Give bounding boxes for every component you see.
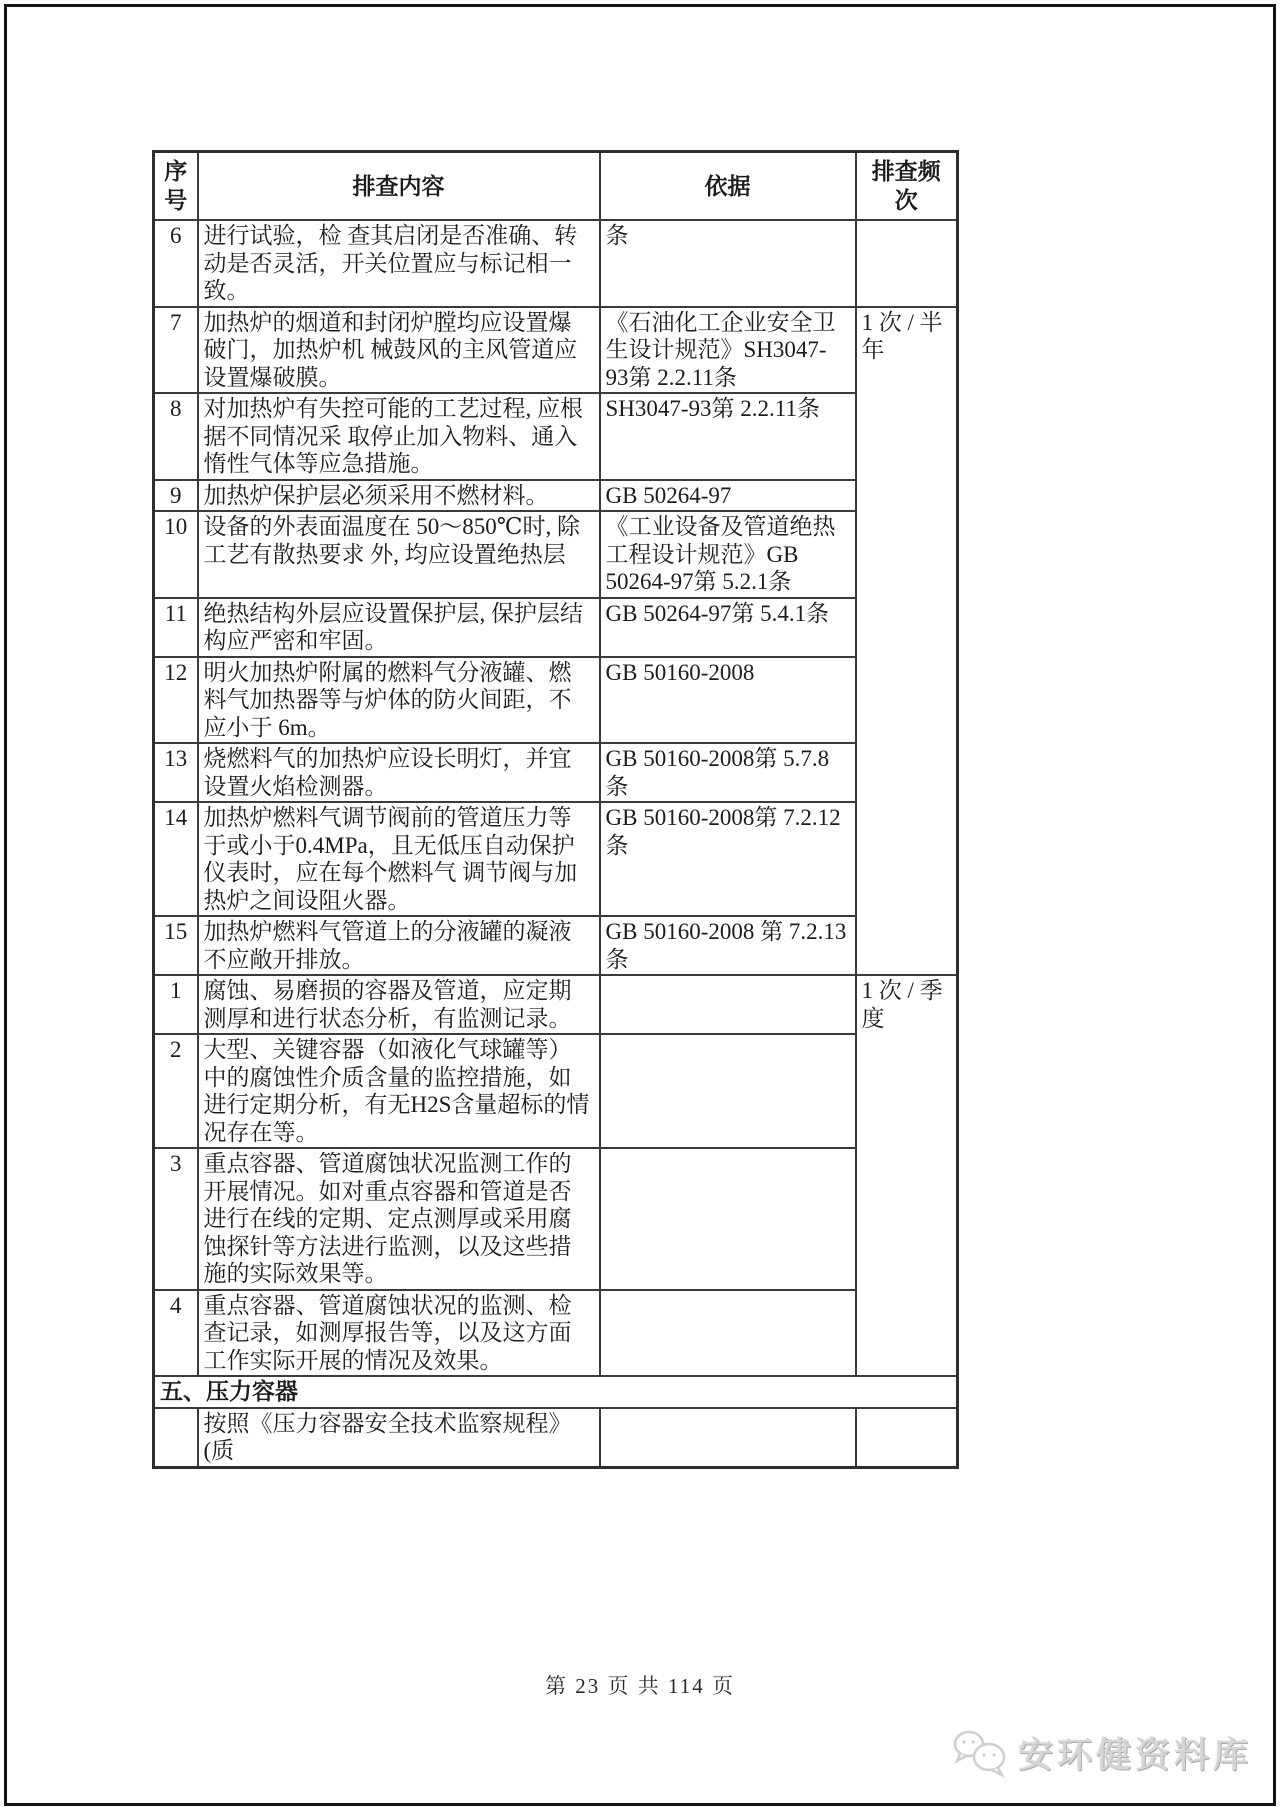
row-number-cell: 7 xyxy=(154,307,198,394)
basis-cell: GB 50264-97第 5.4.1条 xyxy=(600,598,856,657)
content-cell: 重点容器、管道腐蚀状况的监测、检查记录，如测厚报告等，以及这方面工作实际开展的情… xyxy=(198,1290,600,1377)
frequency-cell: 1 次 / 半年 xyxy=(856,307,958,976)
content-cell: 加热炉的烟道和封闭炉膛均应设置爆破门，加热炉机 械鼓风的主风管道应设置爆破膜。 xyxy=(198,307,600,394)
basis-cell: 《工业设备及管道绝热工程设计规范》GB 50264-97第 5.2.1条 xyxy=(600,511,856,598)
frequency-cell xyxy=(856,1408,958,1468)
basis-cell xyxy=(600,1034,856,1148)
row-number-cell: 2 xyxy=(154,1034,198,1148)
content-cell: 腐蚀、易磨损的容器及管道，应定期测厚和进行状态分析，有监测记录。 xyxy=(198,975,600,1034)
basis-cell: 条 xyxy=(600,220,856,307)
row-number-cell: 1 xyxy=(154,975,198,1034)
chat-bubbles-icon xyxy=(952,1728,1008,1778)
content-cell: 加热炉保护层必须采用不燃材料。 xyxy=(198,480,600,512)
row-number-cell: 11 xyxy=(154,598,198,657)
column-header: 依据 xyxy=(600,152,856,221)
inspection-table: 序号排查内容依据排查频次 6进行试验，检 查其启闭是否准确、转动是否灵活，开关位… xyxy=(152,150,959,1469)
table-row: 15加热炉燃料气管道上的分液罐的凝液不应敞开排放。GB 50160-2008 第… xyxy=(154,916,958,975)
content-cell: 进行试验，检 查其启闭是否准确、转动是否灵活，开关位置应与标记相一致。 xyxy=(198,220,600,307)
basis-cell xyxy=(600,975,856,1034)
content-cell: 大型、关键容器（如液化气球罐等）中的腐蚀性介质含量的监控措施，如进行定期分析，有… xyxy=(198,1034,600,1148)
row-number-cell: 4 xyxy=(154,1290,198,1377)
table-row: 13烧燃料气的加热炉应设长明灯，并宜设置火焰检测器。GB 50160-2008第… xyxy=(154,743,958,802)
header-row: 序号排查内容依据排查频次 xyxy=(154,152,958,221)
page-number: 第 23 页 共 114 页 xyxy=(0,1670,1280,1700)
watermark-text: 安环健资料库 xyxy=(1018,1728,1252,1778)
table-row: 3重点容器、管道腐蚀状况监测工作的开展情况。如对重点容器和管道是否进行在线的定期… xyxy=(154,1148,958,1290)
content-cell: 明火加热炉附属的燃料气分液罐、燃料气加热器等与炉体的防火间距，不应小于 6m。 xyxy=(198,657,600,744)
section-row: 五、压力容器 xyxy=(154,1376,958,1408)
row-number-cell: 14 xyxy=(154,802,198,916)
section-title-cell: 五、压力容器 xyxy=(154,1376,958,1408)
row-number-cell: 9 xyxy=(154,480,198,512)
row-number-cell: 6 xyxy=(154,220,198,307)
content-cell: 烧燃料气的加热炉应设长明灯，并宜设置火焰检测器。 xyxy=(198,743,600,802)
row-number-cell: 13 xyxy=(154,743,198,802)
basis-cell xyxy=(600,1148,856,1290)
row-number-cell: 3 xyxy=(154,1148,198,1290)
frequency-cell xyxy=(856,220,958,307)
column-header: 序号 xyxy=(154,152,198,221)
row-number-cell: 15 xyxy=(154,916,198,975)
table-row: 1腐蚀、易磨损的容器及管道，应定期测厚和进行状态分析，有监测记录。1 次 / 季… xyxy=(154,975,958,1034)
content-cell: 加热炉燃料气管道上的分液罐的凝液不应敞开排放。 xyxy=(198,916,600,975)
content-cell: 按照《压力容器安全技术监察规程》(质 xyxy=(198,1408,600,1468)
row-number-cell: 12 xyxy=(154,657,198,744)
basis-cell xyxy=(600,1408,856,1468)
table-row: 8对加热炉有失控可能的工艺过程, 应根据不同情况采 取停止加入物料、通入惰性气体… xyxy=(154,393,958,480)
row-number-cell xyxy=(154,1408,198,1468)
table-row: 11绝热结构外层应设置保护层, 保护层结构应严密和牢固。GB 50264-97第… xyxy=(154,598,958,657)
watermark: 安环健资料库 xyxy=(952,1728,1252,1778)
basis-cell: SH3047-93第 2.2.11条 xyxy=(600,393,856,480)
content-cell: 加热炉燃料气调节阀前的管道压力等于或小于0.4MPa，且无低压自动保护仪表时，应… xyxy=(198,802,600,916)
frequency-cell: 1 次 / 季度 xyxy=(856,975,958,1376)
content-cell: 重点容器、管道腐蚀状况监测工作的开展情况。如对重点容器和管道是否进行在线的定期、… xyxy=(198,1148,600,1290)
table-row: 7加热炉的烟道和封闭炉膛均应设置爆破门，加热炉机 械鼓风的主风管道应设置爆破膜。… xyxy=(154,307,958,394)
table-row: 2大型、关键容器（如液化气球罐等）中的腐蚀性介质含量的监控措施，如进行定期分析，… xyxy=(154,1034,958,1148)
table-row: 14加热炉燃料气调节阀前的管道压力等于或小于0.4MPa，且无低压自动保护仪表时… xyxy=(154,802,958,916)
table-row: 10设备的外表面温度在 50～850℃时, 除工艺有散热要求 外, 均应设置绝热… xyxy=(154,511,958,598)
row-number-cell: 8 xyxy=(154,393,198,480)
table-row: 9加热炉保护层必须采用不燃材料。GB 50264-97 xyxy=(154,480,958,512)
basis-cell: GB 50160-2008第 7.2.12条 xyxy=(600,802,856,916)
table-row: 4重点容器、管道腐蚀状况的监测、检查记录，如测厚报告等，以及这方面工作实际开展的… xyxy=(154,1290,958,1377)
table-row: 12明火加热炉附属的燃料气分液罐、燃料气加热器等与炉体的防火间距，不应小于 6m… xyxy=(154,657,958,744)
table-row: 按照《压力容器安全技术监察规程》(质 xyxy=(154,1408,958,1468)
basis-cell: GB 50160-2008第 5.7.8 条 xyxy=(600,743,856,802)
column-header: 排查频次 xyxy=(856,152,958,221)
basis-cell: GB 50264-97 xyxy=(600,480,856,512)
content-cell: 对加热炉有失控可能的工艺过程, 应根据不同情况采 取停止加入物料、通入惰性气体等… xyxy=(198,393,600,480)
basis-cell: 《石油化工企业安全卫生设计规范》SH3047-93第 2.2.11条 xyxy=(600,307,856,394)
basis-cell: GB 50160-2008 第 7.2.13条 xyxy=(600,916,856,975)
column-header: 排查内容 xyxy=(198,152,600,221)
basis-cell: GB 50160-2008 xyxy=(600,657,856,744)
content-cell: 设备的外表面温度在 50～850℃时, 除工艺有散热要求 外, 均应设置绝热层 xyxy=(198,511,600,598)
basis-cell xyxy=(600,1290,856,1377)
content-cell: 绝热结构外层应设置保护层, 保护层结构应严密和牢固。 xyxy=(198,598,600,657)
table-row: 6进行试验，检 查其启闭是否准确、转动是否灵活，开关位置应与标记相一致。条 xyxy=(154,220,958,307)
row-number-cell: 10 xyxy=(154,511,198,598)
